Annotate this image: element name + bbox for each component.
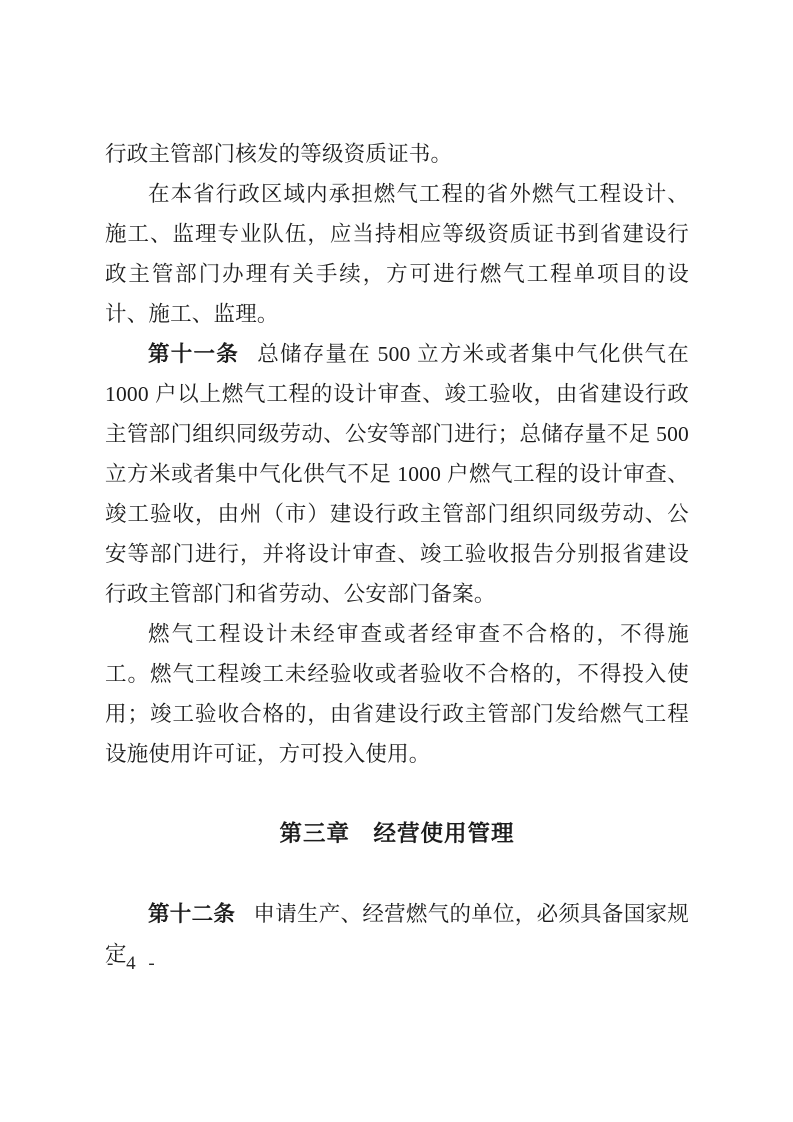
chapter-3-heading: 第三章 经营使用管理 xyxy=(105,814,689,854)
article-12-label: 第十二条 xyxy=(148,902,235,926)
paragraph-article-12: 第十二条申请生产、经营燃气的单位，必须具备国家规定 xyxy=(105,894,689,974)
document-page: 行政主管部门核发的等级资质证书。 在本省行政区域内承担燃气工程的省外燃气工程设计… xyxy=(0,0,793,1122)
article-11-text: 总储存量在 500 立方米或者集中气化供气在 1000 户以上燃气工程的设计审查… xyxy=(105,342,689,606)
paragraph-certificate-continuation: 行政主管部门核发的等级资质证书。 xyxy=(105,134,689,174)
paragraph-approval-rules: 燃气工程设计未经审查或者经审查不合格的，不得施工。燃气工程竣工未经验收或者验收不… xyxy=(105,614,689,774)
document-body: 行政主管部门核发的等级资质证书。 在本省行政区域内承担燃气工程的省外燃气工程设计… xyxy=(105,134,689,974)
paragraph-article-11: 第十一条总储存量在 500 立方米或者集中气化供气在 1000 户以上燃气工程的… xyxy=(105,334,689,614)
page-number: - 4 - xyxy=(107,951,159,977)
paragraph-outside-province-teams: 在本省行政区域内承担燃气工程的省外燃气工程设计、施工、监理专业队伍，应当持相应等… xyxy=(105,174,689,334)
article-11-label: 第十一条 xyxy=(148,342,239,366)
